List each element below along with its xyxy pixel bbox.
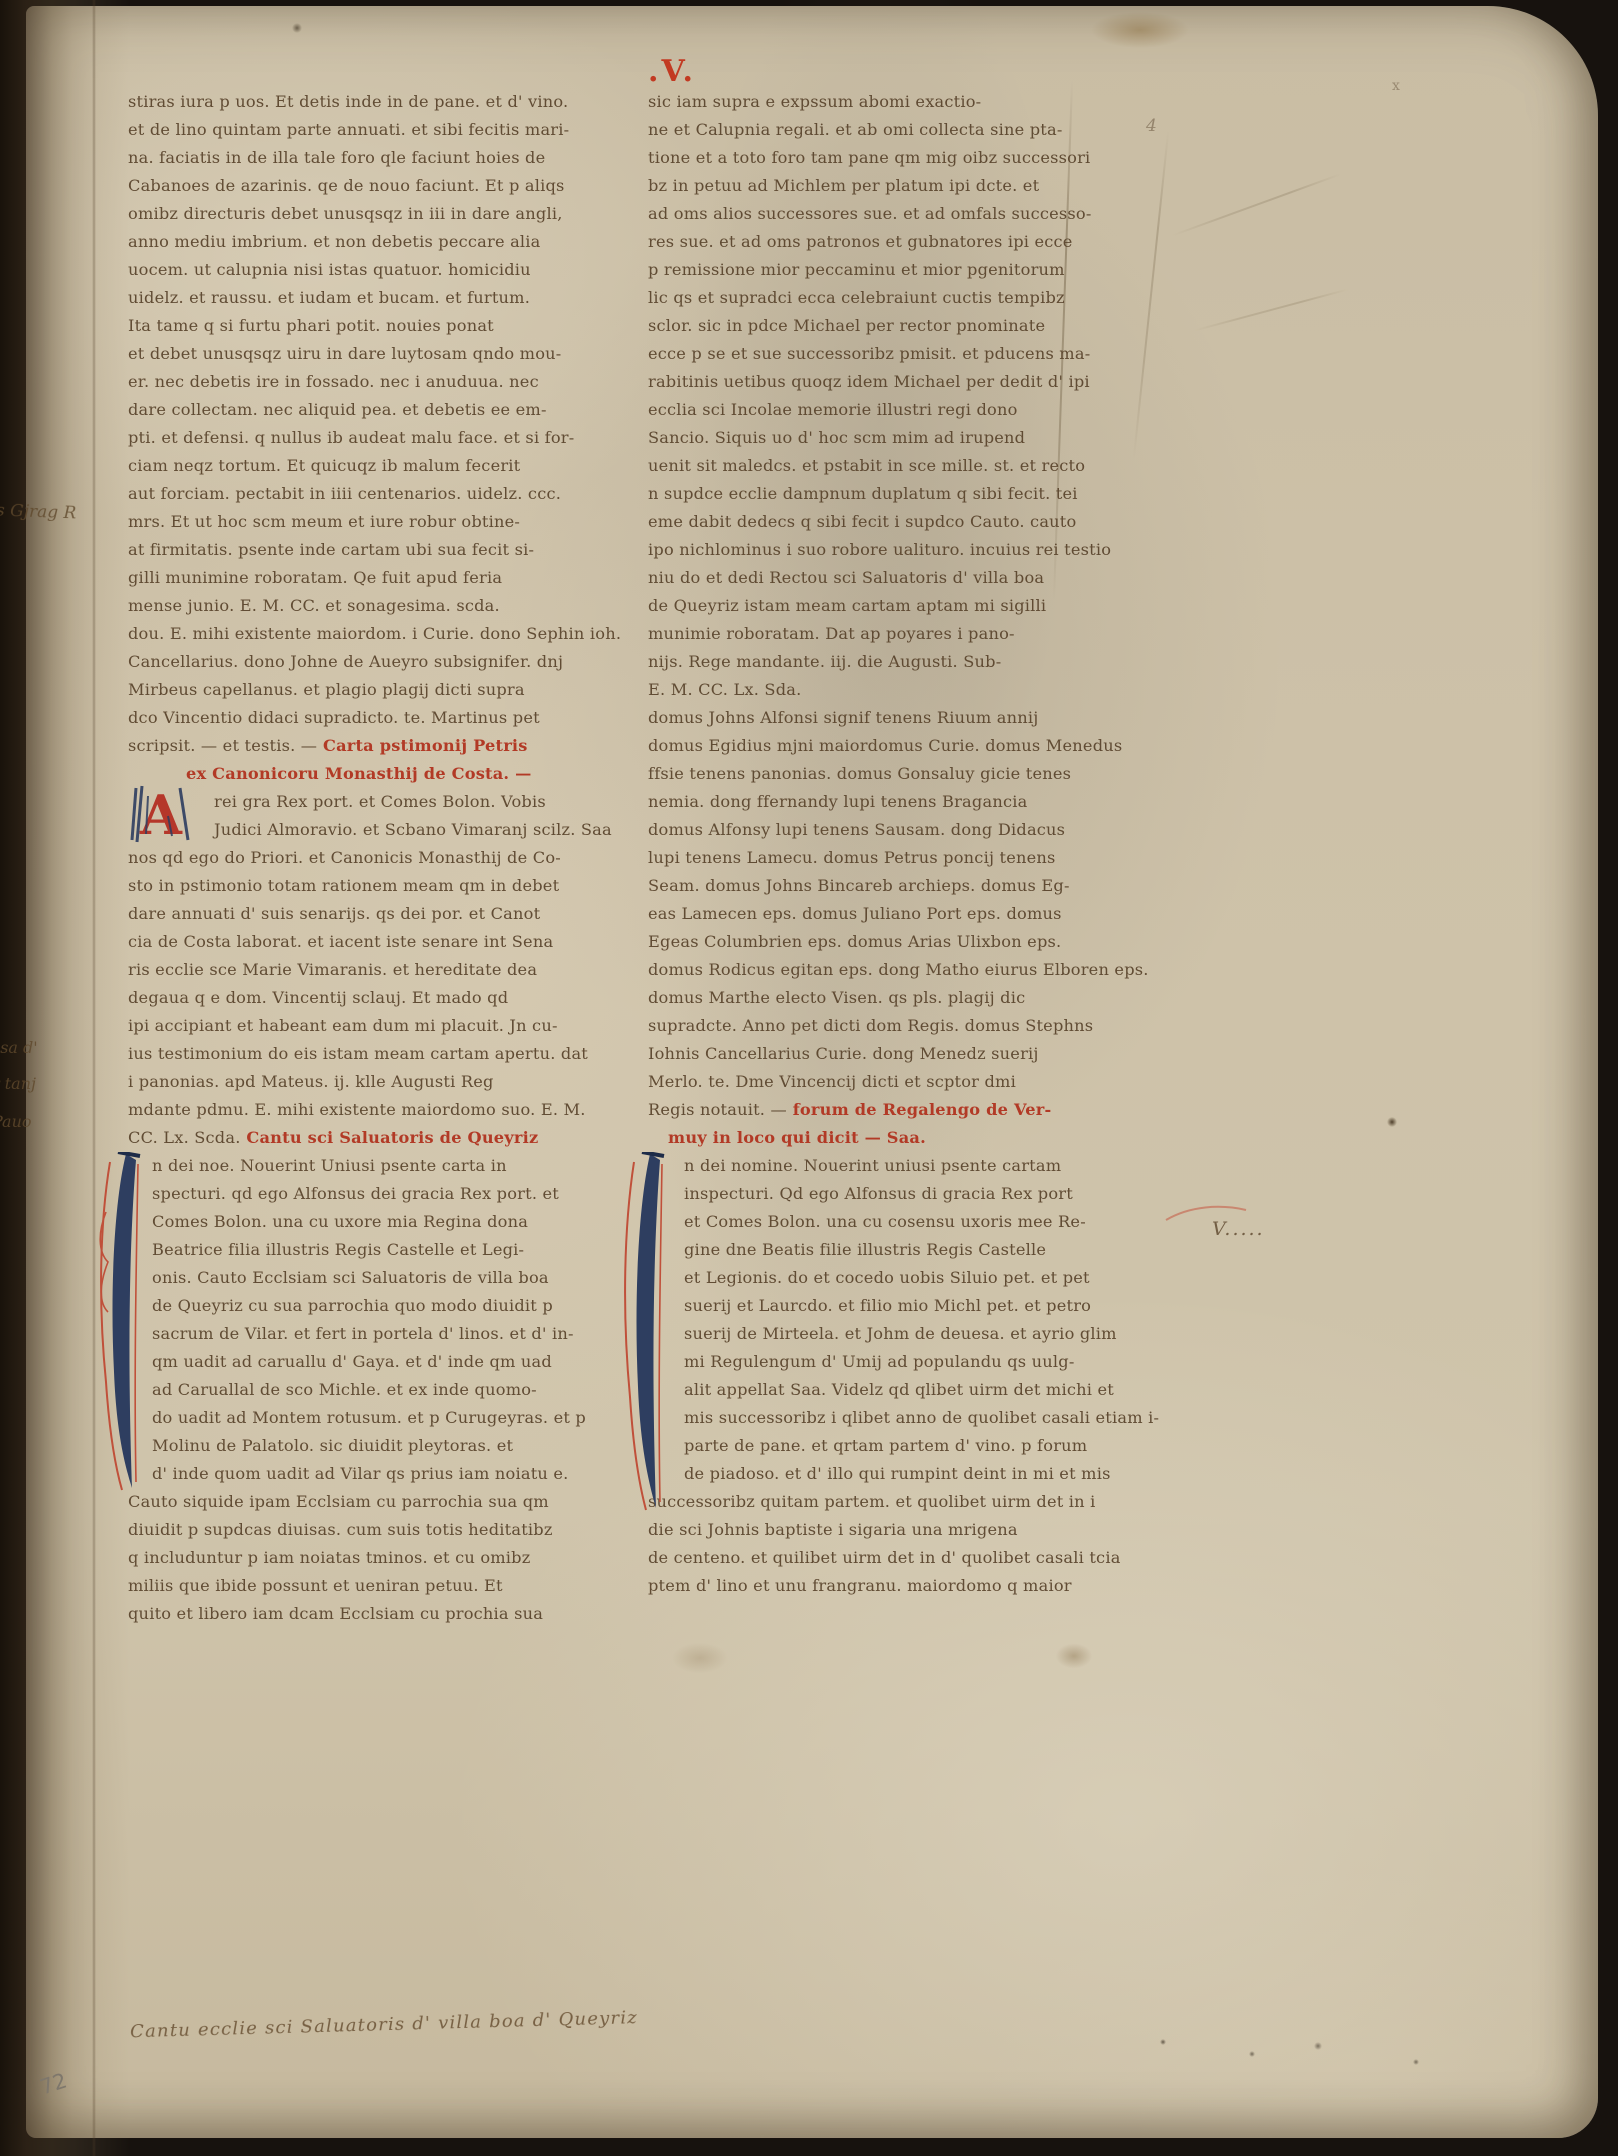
text-line: rei gra Rex port. et Comes Bolon. Vobis [214,788,584,816]
ink-text: rei gra Rex port. et Comes Bolon. Vobis [214,792,546,811]
ink-text: lupi tenens Lamecu. domus Petrus poncij … [648,848,1056,867]
ink-text: rabitinis uetibus quoqz idem Michael per… [648,372,1090,391]
ink-text: Iohnis Cancellarius Curie. dong Menedz s… [648,1044,1039,1063]
text-line: Merlo. te. Dme Vincencij dicti et scptor… [648,1068,1104,1096]
ink-text: na. faciatis in de illa tale foro qle fa… [128,148,545,167]
ink-text: gilli munimine roboratam. Qe fuit apud f… [128,568,502,587]
text-line: et Legionis. do et cocedo uobis Siluio p… [684,1264,1104,1292]
ink-text: mdante pdmu. E. mihi existente maiordomo… [128,1100,586,1119]
ink-text: ipi accipiant et habeant eam dum mi plac… [128,1016,558,1035]
ink-text: Regis notauit. — [648,1100,787,1119]
ink-text: tione et a toto foro tam pane qm mig oib… [648,148,1090,167]
text-line: n dei noe. Nouerint Uniusi psente carta … [152,1152,584,1180]
text-line: lic qs et supradci ecca celebraiunt cuct… [648,284,1104,312]
margin-fragment-mid-1: ssa d' [0,1038,38,1057]
text-line: muy in loco qui dicit — Saa. [668,1124,1104,1152]
text-line: sacrum de Vilar. et fert in portela d' l… [152,1320,584,1348]
ink-text: de centeno. et quilibet uirm det in d' q… [648,1548,1121,1567]
ink-text: ius testimonium do eis istam meam cartam… [128,1044,588,1063]
text-line: anno mediu imbrium. et non debetis pecca… [128,228,584,256]
ink-text: p remissione mior peccaminu et mior pgen… [648,260,1065,279]
ink-text: aut forciam. pectabit in iiii centenario… [128,484,561,503]
text-line: nemia. dong ffernandy lupi tenens Bragan… [648,788,1104,816]
ink-text: Egeas Columbrien eps. domus Arias Ulixbo… [648,932,1061,951]
rubric-text: forum de Regalengo de Ver- [787,1100,1052,1119]
text-line: uidelz. et raussu. et iudam et bucam. et… [128,284,584,312]
ink-text: qm uadit ad caruallu d' Gaya. et d' inde… [152,1352,552,1371]
text-line: p remissione mior peccaminu et mior pgen… [648,256,1104,284]
ink-text: CC. Lx. Scda. [128,1128,241,1147]
text-line: et Comes Bolon. una cu cosensu uxoris me… [684,1208,1104,1236]
text-line: n dei nomine. Nouerint uniusi psente car… [684,1152,1104,1180]
ink-text: inspecturi. Qd ego Alfonsus di gracia Re… [684,1184,1073,1203]
ink-text: sclor. sic in pdce Michael per rector pn… [648,316,1045,335]
text-line: eme dabit dedecs q sibi fecit i supdco C… [648,508,1104,536]
text-line: aut forciam. pectabit in iiii centenario… [128,480,584,508]
text-line: Ita tame q si furtu phari potit. nouies … [128,312,584,340]
text-line: Regis notauit. — forum de Regalengo de V… [648,1096,1104,1124]
text-line: sto in pstimonio totam rationem meam qm … [128,872,584,900]
ink-text: Seam. domus Johns Bincareb archieps. dom… [648,876,1070,895]
ink-text: at firmitatis. psente inde cartam ubi su… [128,540,534,559]
ink-text: nos qd ego do Priori. et Canonicis Monas… [128,848,561,867]
manuscript-photo: .V. x 4 stiras iura p uos. Et detis inde… [0,0,1618,2156]
text-line: bz in petuu ad Michlem per platum ipi dc… [648,172,1104,200]
text-line: Cancellarius. dono Johne de Aueyro subsi… [128,648,584,676]
ink-text: n dei noe. Nouerint Uniusi psente carta … [152,1156,507,1175]
text-line: niu do et dedi Rectou sci Saluatoris d' … [648,564,1104,592]
ink-text: uocem. ut calupnia nisi istas quatuor. h… [128,260,531,279]
ink-text: scripsit. — et testis. — [128,736,317,755]
text-line: Cauto siquide ipam Ecclsiam cu parrochia… [128,1488,584,1516]
text-line: at firmitatis. psente inde cartam ubi su… [128,536,584,564]
ink-text: anno mediu imbrium. et non debetis pecca… [128,232,541,251]
ink-text: eas Lamecen eps. domus Juliano Port eps.… [648,904,1062,923]
text-line: de Queyriz cu sua parrochia quo modo diu… [152,1292,584,1320]
initial-i-right [620,1152,668,1516]
text-line: domus Johns Alfonsi signif tenens Riuum … [648,704,1104,732]
text-line: domus Marthe electo Visen. qs pls. plagi… [648,984,1104,1012]
text-line: ex Canonicoru Monasthij de Costa. — [186,760,584,788]
ink-text: quito et libero iam dcam Ecclsiam cu pro… [128,1604,543,1623]
ink-text: ptem d' lino et unu frangranu. maiordomo… [648,1576,1072,1595]
text-line: degaua q e dom. Vincentij sclauj. Et mad… [128,984,584,1012]
ink-text: de Queyriz istam meam cartam aptam mi si… [648,596,1046,615]
text-line: mis successoribz i qlibet anno de quolib… [684,1404,1104,1432]
text-line: parte de pane. et qrtam partem d' vino. … [684,1432,1104,1460]
text-line: ius testimonium do eis istam meam cartam… [128,1040,584,1068]
ink-text: supradcte. Anno pet dicti dom Regis. dom… [648,1016,1093,1035]
ink-text: ris ecclie sce Marie Vimaranis. et hered… [128,960,537,979]
ink-text: onis. Cauto Ecclsiam sci Saluatoris de v… [152,1268,549,1287]
ink-text: gine dne Beatis filie illustris Regis Ca… [684,1240,1046,1259]
text-line: qm uadit ad caruallu d' Gaya. et d' inde… [152,1348,584,1376]
left-text-column: stiras iura p uos. Et detis inde in de p… [128,88,584,1628]
text-line: onis. Cauto Ecclsiam sci Saluatoris de v… [152,1264,584,1292]
ink-text: n supdce ecclie dampnum duplatum q sibi … [648,484,1078,503]
text-line: successoribz quitam partem. et quolibet … [648,1488,1104,1516]
text-line: uocem. ut calupnia nisi istas quatuor. h… [128,256,584,284]
ink-text: dco Vincentio didaci supradicto. te. Mar… [128,708,540,727]
ink-text: successoribz quitam partem. et quolibet … [648,1492,1096,1511]
ink-text: mrs. Et ut hoc scm meum et iure robur ob… [128,512,520,531]
text-line: et de lino quintam parte annuati. et sib… [128,116,584,144]
text-line: de Queyriz istam meam cartam aptam mi si… [648,592,1104,620]
text-line: Comes Bolon. una cu uxore mia Regina don… [152,1208,584,1236]
ink-text: sic iam supra e expssum abomi exactio- [648,92,981,111]
ink-text: domus Egidius mjni maiordomus Curie. dom… [648,736,1122,755]
ink-text: uenit sit maledcs. et pstabit in sce mil… [648,456,1085,475]
ink-text: res sue. et ad oms patronos et gubnatore… [648,232,1073,251]
text-line: ipi accipiant et habeant eam dum mi plac… [128,1012,584,1040]
ink-text: Beatrice filia illustris Regis Castelle … [152,1240,524,1259]
text-line: ecclia sci Incolae memorie illustri regi… [648,396,1104,424]
ink-text: i panonias. apd Mateus. ij. klle Augusti… [128,1072,494,1091]
text-line: dco Vincentio didaci supradicto. te. Mar… [128,704,584,732]
text-line: munimie roboratam. Dat ap poyares i pano… [648,620,1104,648]
ink-text: ipo nichlominus i suo robore ualituro. i… [648,540,1111,559]
text-line: tione et a toto foro tam pane qm mig oib… [648,144,1104,172]
ink-text: do uadit ad Montem rotusum. et p Curugey… [152,1408,586,1427]
text-line: lupi tenens Lamecu. domus Petrus poncij … [648,844,1104,872]
text-line: quito et libero iam dcam Ecclsiam cu pro… [128,1600,584,1628]
text-line: mense junio. E. M. CC. et sonagesima. sc… [128,592,584,620]
ink-text: de piadoso. et d' illo qui rumpint deint… [684,1464,1111,1483]
ink-text: q includuntur p iam noiatas tminos. et c… [128,1548,530,1567]
right-text-column: sic iam supra e expssum abomi exactio-ne… [648,88,1104,1600]
ink-text: n dei nomine. Nouerint uniusi psente car… [684,1156,1061,1175]
text-line: dou. E. mihi existente maiordom. i Curie… [128,620,584,648]
ink-text: ecce p se et sue successoribz pmisit. et… [648,344,1090,363]
ink-text: dare annuati d' suis senarijs. qs dei po… [128,904,540,923]
ink-text: die sci Johnis baptiste i sigaria una mr… [648,1520,1018,1539]
text-line: do uadit ad Montem rotusum. et p Curugey… [152,1404,584,1432]
ink-text: mis successoribz i qlibet anno de quolib… [684,1408,1159,1427]
text-line: Molinu de Palatolo. sic diuidit pleytora… [152,1432,584,1460]
text-line: n supdce ecclie dampnum duplatum q sibi … [648,480,1104,508]
ink-text: Comes Bolon. una cu uxore mia Regina don… [152,1212,528,1231]
text-line: d' inde quom uadit ad Vilar qs prius iam… [152,1460,584,1488]
text-line: alit appellat Saa. Videlz qd qlibet uirm… [684,1376,1104,1404]
ink-text: lic qs et supradci ecca celebraiunt cuct… [648,288,1065,307]
text-line: rabitinis uetibus quoqz idem Michael per… [648,368,1104,396]
ink-text: ciam neqz tortum. Et quicuqz ib malum fe… [128,456,520,475]
svg-text:A: A [139,783,183,846]
ink-text: pti. et defensi. q nullus ib audeat malu… [128,428,574,447]
text-line: Iohnis Cancellarius Curie. dong Menedz s… [648,1040,1104,1068]
ink-text: d' inde quom uadit ad Vilar qs prius iam… [152,1464,569,1483]
text-line: gilli munimine roboratam. Qe fuit apud f… [128,564,584,592]
ink-text: domus Marthe electo Visen. qs pls. plagi… [648,988,1025,1007]
ink-text: de Queyriz cu sua parrochia quo modo diu… [152,1296,553,1315]
text-line: diuidit p supdcas diuisas. cum suis toti… [128,1516,584,1544]
ink-text: domus Rodicus egitan eps. dong Matho eiu… [648,960,1149,979]
text-line: de piadoso. et d' illo qui rumpint deint… [684,1460,1104,1488]
text-line: supradcte. Anno pet dicti dom Regis. dom… [648,1012,1104,1040]
text-line: ffsie tenens panonias. domus Gonsaluy gi… [648,760,1104,788]
ink-text: sto in pstimonio totam rationem meam qm … [128,876,559,895]
ink-text: er. nec debetis ire in fossado. nec i an… [128,372,539,391]
ink-text: miliis que ibide possunt et ueniran petu… [128,1576,503,1595]
text-line: gine dne Beatis filie illustris Regis Ca… [684,1236,1104,1264]
ink-text: et debet unusqsqz uiru in dare luytosam … [128,344,561,363]
ink-text: Judici Almoravio. et Scbano Vimaranj sci… [214,820,612,839]
text-line: Judici Almoravio. et Scbano Vimaranj sci… [214,816,584,844]
ink-text: Mirbeus capellanus. et plagio plagij dic… [128,680,525,699]
text-line: q includuntur p iam noiatas tminos. et c… [128,1544,584,1572]
ink-text: ad Caruallal de sco Michle. et ex inde q… [152,1380,537,1399]
ink-text: sacrum de Vilar. et fert in portela d' l… [152,1324,574,1343]
text-line: E. M. CC. Lx. Sda. [648,676,1104,704]
text-line: die sci Johnis baptiste i sigaria una mr… [648,1516,1104,1544]
text-line: domus Alfonsy lupi tenens Sausam. dong D… [648,816,1104,844]
text-line: ciam neqz tortum. Et quicuqz ib malum fe… [128,452,584,480]
text-line: ris ecclie sce Marie Vimaranis. et hered… [128,956,584,984]
ink-text: dare collectam. nec aliquid pea. et debe… [128,400,547,419]
ink-text: specturi. qd ego Alfonsus dei gracia Rex… [152,1184,559,1203]
ink-text: diuidit p supdcas diuisas. cum suis toti… [128,1520,553,1539]
margin-fragment-upper: s Gjrag R [0,501,77,524]
ink-text: dou. E. mihi existente maiordom. i Curie… [128,624,621,643]
text-line: ecce p se et sue successoribz pmisit. et… [648,340,1104,368]
faint-margin-mark: 4 [1146,116,1157,136]
initial-i-left [96,1152,144,1496]
text-line: eas Lamecen eps. domus Juliano Port eps.… [648,900,1104,928]
text-line: sclor. sic in pdce Michael per rector pn… [648,312,1104,340]
ink-text: Cancellarius. dono Johne de Aueyro subsi… [128,652,563,671]
ink-text: suerij de Mirteela. et Johm de deuesa. e… [684,1324,1117,1343]
initial-a-decorated: A [128,782,198,850]
ink-text: stiras iura p uos. Et detis inde in de p… [128,92,568,111]
ink-text: Sancio. Siquis uo d' hoc scm mim ad irup… [648,428,1025,447]
rubric-text: ex Canonicoru Monasthij de Costa. — [186,764,531,783]
text-line: specturi. qd ego Alfonsus dei gracia Rex… [152,1180,584,1208]
ink-text: domus Johns Alfonsi signif tenens Riuum … [648,708,1039,727]
margin-note-right: V..... [1212,1218,1265,1240]
text-line: dare collectam. nec aliquid pea. et debe… [128,396,584,424]
ink-text: mense junio. E. M. CC. et sonagesima. sc… [128,596,500,615]
ink-text: ne et Calupnia regali. et ab omi collect… [648,120,1063,139]
text-line: suerij de Mirteela. et Johm de deuesa. e… [684,1320,1104,1348]
text-line: Egeas Columbrien eps. domus Arias Ulixbo… [648,928,1104,956]
ink-text: nemia. dong ffernandy lupi tenens Bragan… [648,792,1027,811]
ink-text: Ita tame q si furtu phari potit. nouies … [128,316,494,335]
text-line: Mirbeus capellanus. et plagio plagij dic… [128,676,584,704]
margin-fragment-mid-3: Pauo [0,1112,32,1131]
text-line: res sue. et ad oms patronos et gubnatore… [648,228,1104,256]
ink-text: parte de pane. et qrtam partem d' vino. … [684,1436,1087,1455]
text-line: mrs. Et ut hoc scm meum et iure robur ob… [128,508,584,536]
rubric-text: Cantu sci Saluatoris de Queyriz [241,1128,539,1147]
text-line: stiras iura p uos. Et detis inde in de p… [128,88,584,116]
ink-text: bz in petuu ad Michlem per platum ipi dc… [648,176,1039,195]
ink-text: munimie roboratam. Dat ap poyares i pano… [648,624,1015,643]
ink-text: omibz directuris debet unusqsqz in iii i… [128,204,563,223]
text-line: mdante pdmu. E. mihi existente maiordomo… [128,1096,584,1124]
ink-text: E. M. CC. Lx. Sda. [648,680,801,699]
ink-text: Cauto siquide ipam Ecclsiam cu parrochia… [128,1492,549,1511]
text-line: domus Rodicus egitan eps. dong Matho eiu… [648,956,1104,984]
ink-text: et Legionis. do et cocedo uobis Siluio p… [684,1268,1090,1287]
text-line: sic iam supra e expssum abomi exactio- [648,88,1104,116]
ink-text: niu do et dedi Rectou sci Saluatoris d' … [648,568,1044,587]
margin-fragment-mid-2: r tanj [0,1074,36,1093]
text-line: cia de Costa laborat. et iacent iste sen… [128,928,584,956]
rubric-text: Carta pstimonij Petris [317,736,527,755]
quire-mark: .V. [648,54,696,89]
text-line: ad oms alios successores sue. et ad omfa… [648,200,1104,228]
text-line: dare annuati d' suis senarijs. qs dei po… [128,900,584,928]
text-line: na. faciatis in de illa tale foro qle fa… [128,144,584,172]
ink-text: suerij et Laurcdo. et filio mio Michl pe… [684,1296,1091,1315]
ink-text: et Comes Bolon. una cu cosensu uxoris me… [684,1212,1086,1231]
faint-corner-mark: x [1392,78,1400,94]
ink-text: Molinu de Palatolo. sic diuidit pleytora… [152,1436,513,1455]
ink-text: ecclia sci Incolae memorie illustri regi… [648,400,1018,419]
rubric-text: muy in loco qui dicit — Saa. [668,1128,926,1147]
text-line: i panonias. apd Mateus. ij. klle Augusti… [128,1068,584,1096]
ink-text: Merlo. te. Dme Vincencij dicti et scptor… [648,1072,1016,1091]
text-line: ipo nichlominus i suo robore ualituro. i… [648,536,1104,564]
text-line: mi Regulengum d' Umij ad populandu qs uu… [684,1348,1104,1376]
text-line: suerij et Laurcdo. et filio mio Michl pe… [684,1292,1104,1320]
text-line: inspecturi. Qd ego Alfonsus di gracia Re… [684,1180,1104,1208]
text-line: Seam. domus Johns Bincareb archieps. dom… [648,872,1104,900]
ink-text: domus Alfonsy lupi tenens Sausam. dong D… [648,820,1065,839]
text-line: et debet unusqsqz uiru in dare luytosam … [128,340,584,368]
text-line: miliis que ibide possunt et ueniran petu… [128,1572,584,1600]
ink-text: alit appellat Saa. Videlz qd qlibet uirm… [684,1380,1114,1399]
text-line: Sancio. Siquis uo d' hoc scm mim ad irup… [648,424,1104,452]
text-line: ptem d' lino et unu frangranu. maiordomo… [648,1572,1104,1600]
text-line: scripsit. — et testis. — Carta pstimonij… [128,732,584,760]
text-line: Cabanoes de azarinis. qe de nouo faciunt… [128,172,584,200]
text-line: uenit sit maledcs. et pstabit in sce mil… [648,452,1104,480]
text-line: Beatrice filia illustris Regis Castelle … [152,1236,584,1264]
ink-text: nijs. Rege mandante. iij. die Augusti. S… [648,652,1001,671]
text-line: ne et Calupnia regali. et ab omi collect… [648,116,1104,144]
ink-text: eme dabit dedecs q sibi fecit i supdco C… [648,512,1076,531]
text-line: nijs. Rege mandante. iij. die Augusti. S… [648,648,1104,676]
text-line: CC. Lx. Scda. Cantu sci Saluatoris de Qu… [128,1124,584,1152]
text-line: domus Egidius mjni maiordomus Curie. dom… [648,732,1104,760]
ink-text: mi Regulengum d' Umij ad populandu qs uu… [684,1352,1075,1371]
text-line: er. nec debetis ire in fossado. nec i an… [128,368,584,396]
text-line: omibz directuris debet unusqsqz in iii i… [128,200,584,228]
text-line: de centeno. et quilibet uirm det in d' q… [648,1544,1104,1572]
text-line: pti. et defensi. q nullus ib audeat malu… [128,424,584,452]
ink-text: Cabanoes de azarinis. qe de nouo faciunt… [128,176,565,195]
ink-text: uidelz. et raussu. et iudam et bucam. et… [128,288,530,307]
text-line: ad Caruallal de sco Michle. et ex inde q… [152,1376,584,1404]
ink-text: et de lino quintam parte annuati. et sib… [128,120,569,139]
ink-text: ffsie tenens panonias. domus Gonsaluy gi… [648,764,1071,783]
ink-text: ad oms alios successores sue. et ad omfa… [648,204,1092,223]
ink-text: degaua q e dom. Vincentij sclauj. Et mad… [128,988,508,1007]
ink-text: cia de Costa laborat. et iacent iste sen… [128,932,553,951]
